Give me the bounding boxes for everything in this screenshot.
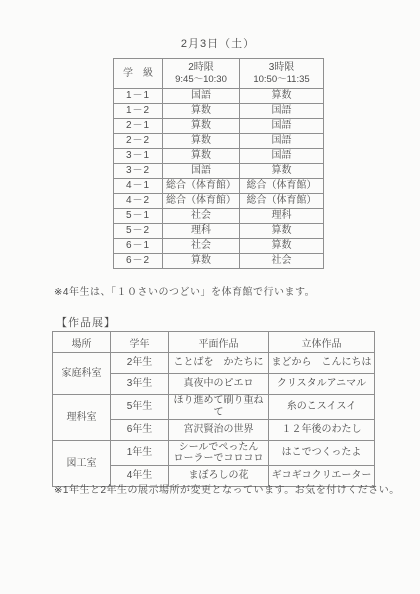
period3-column-header: 3時限 10:50～11:35 [240,59,324,89]
subject-cell: 社会 [163,239,240,254]
class-cell: 5－2 [114,224,163,239]
schedule-header-row: 学 級 2時限 9:45～10:30 3時限 10:50～11:35 [114,59,324,89]
flat-work-cell: 真夜中のピエロ [169,374,269,395]
flat-work-line: ローラーでコロコロ [169,453,268,464]
subject-cell: 総合（体育館） [240,179,324,194]
grade-column-header: 学年 [111,332,169,353]
class-cell: 2－2 [114,134,163,149]
subject-cell: 国語 [240,134,324,149]
class-cell: 5－1 [114,209,163,224]
grade-cell: 5年生 [111,395,169,420]
period3-label: 3時限 [240,62,323,74]
subject-cell: 算数 [163,254,240,269]
subject-cell: 算数 [163,104,240,119]
schedule-row: 1－1 国語 算数 [114,89,324,104]
exhibition-note: ※1年生と2年生の展示場所が変更となっています。お気を付けください。 [54,481,400,496]
place-cell: 理科室 [53,395,111,441]
solid-work-cell: １２年後のわたし [269,420,375,441]
solid-work-cell: クリスタルアニマル [269,374,375,395]
subject-cell: 国語 [240,104,324,119]
solid-work-cell: 糸のこスイスイ [269,395,375,420]
flat-work-cell: ほり進めて刷り重ねて [169,395,269,420]
date-title: 2月3日（土） [113,35,323,51]
flat-work-line: シールでぺったん [169,442,268,453]
subject-cell: 国語 [240,119,324,134]
exhibition-row: 理科室 5年生 ほり進めて刷り重ねて 糸のこスイスイ [53,395,375,420]
class-cell: 2－1 [114,119,163,134]
class-column-header: 学 級 [114,59,163,89]
class-cell: 1－2 [114,104,163,119]
class-cell: 6－2 [114,254,163,269]
schedule-row: 2－1 算数 国語 [114,119,324,134]
schedule-row: 3－1 算数 国語 [114,149,324,164]
subject-cell: 算数 [240,239,324,254]
period3-time: 10:50～11:35 [240,74,323,85]
exhibition-heading: 【作品展】 [56,314,116,330]
class-cell: 3－1 [114,149,163,164]
place-cell: 図工室 [53,441,111,487]
class-cell: 3－2 [114,164,163,179]
subject-cell: 算数 [240,224,324,239]
document-sheet: 2月3日（土） 学 級 2時限 9:45～10:30 3時限 10:50～11:… [0,0,420,594]
schedule-row: 1－2 算数 国語 [114,104,324,119]
subject-cell: 社会 [163,209,240,224]
schedule-row: 5－1 社会 理科 [114,209,324,224]
class-cell: 4－2 [114,194,163,209]
schedule-table: 学 級 2時限 9:45～10:30 3時限 10:50～11:35 1－1 国… [113,58,324,269]
place-column-header: 場所 [53,332,111,353]
schedule-note: ※4年生は、「１０さいのつどい」を体育館で行います。 [54,283,315,298]
exhibition-row: 図工室 1年生 シールでぺったん ローラーでコロコロ はこでつくったよ [53,441,375,466]
period2-column-header: 2時限 9:45～10:30 [163,59,240,89]
grade-cell: 6年生 [111,420,169,441]
class-cell: 4－1 [114,179,163,194]
scanned-notice-page: { "date_title": "2月3日（土）", "schedule": {… [0,0,420,594]
subject-cell: 総合（体育館） [163,194,240,209]
schedule-row: 6－1 社会 算数 [114,239,324,254]
schedule-row: 4－1 総合（体育館） 総合（体育館） [114,179,324,194]
subject-cell: 算数 [163,149,240,164]
flat-work-cell: シールでぺったん ローラーでコロコロ [169,441,269,466]
subject-cell: 社会 [240,254,324,269]
subject-cell: 国語 [240,149,324,164]
flat-work-column-header: 平面作品 [169,332,269,353]
place-cell: 家庭科室 [53,353,111,395]
grade-cell: 2年生 [111,353,169,374]
flat-work-cell: 宮沢賢治の世界 [169,420,269,441]
subject-cell: 総合（体育館） [240,194,324,209]
subject-cell: 総合（体育館） [163,179,240,194]
solid-work-cell: はこでつくったよ [269,441,375,466]
class-cell: 6－1 [114,239,163,254]
grade-cell: 1年生 [111,441,169,466]
exhibition-table: 場所 学年 平面作品 立体作品 家庭科室 2年生 ことばを かたちに まどから … [52,331,375,487]
exhibition-row: 家庭科室 2年生 ことばを かたちに まどから こんにちは [53,353,375,374]
subject-cell: 国語 [163,89,240,104]
exhibition-header-row: 場所 学年 平面作品 立体作品 [53,332,375,353]
grade-cell: 3年生 [111,374,169,395]
subject-cell: 算数 [240,89,324,104]
subject-cell: 算数 [240,164,324,179]
subject-cell: 国語 [163,164,240,179]
schedule-row: 6－2 算数 社会 [114,254,324,269]
subject-cell: 理科 [240,209,324,224]
class-cell: 1－1 [114,89,163,104]
subject-cell: 算数 [163,134,240,149]
subject-cell: 算数 [163,119,240,134]
schedule-row: 4－2 総合（体育館） 総合（体育館） [114,194,324,209]
schedule-row: 2－2 算数 国語 [114,134,324,149]
solid-work-cell: まどから こんにちは [269,353,375,374]
period2-label: 2時限 [163,62,239,74]
solid-work-column-header: 立体作品 [269,332,375,353]
schedule-row: 5－2 理科 算数 [114,224,324,239]
flat-work-cell: ことばを かたちに [169,353,269,374]
period2-time: 9:45～10:30 [163,74,239,85]
schedule-row: 3－2 国語 算数 [114,164,324,179]
subject-cell: 理科 [163,224,240,239]
